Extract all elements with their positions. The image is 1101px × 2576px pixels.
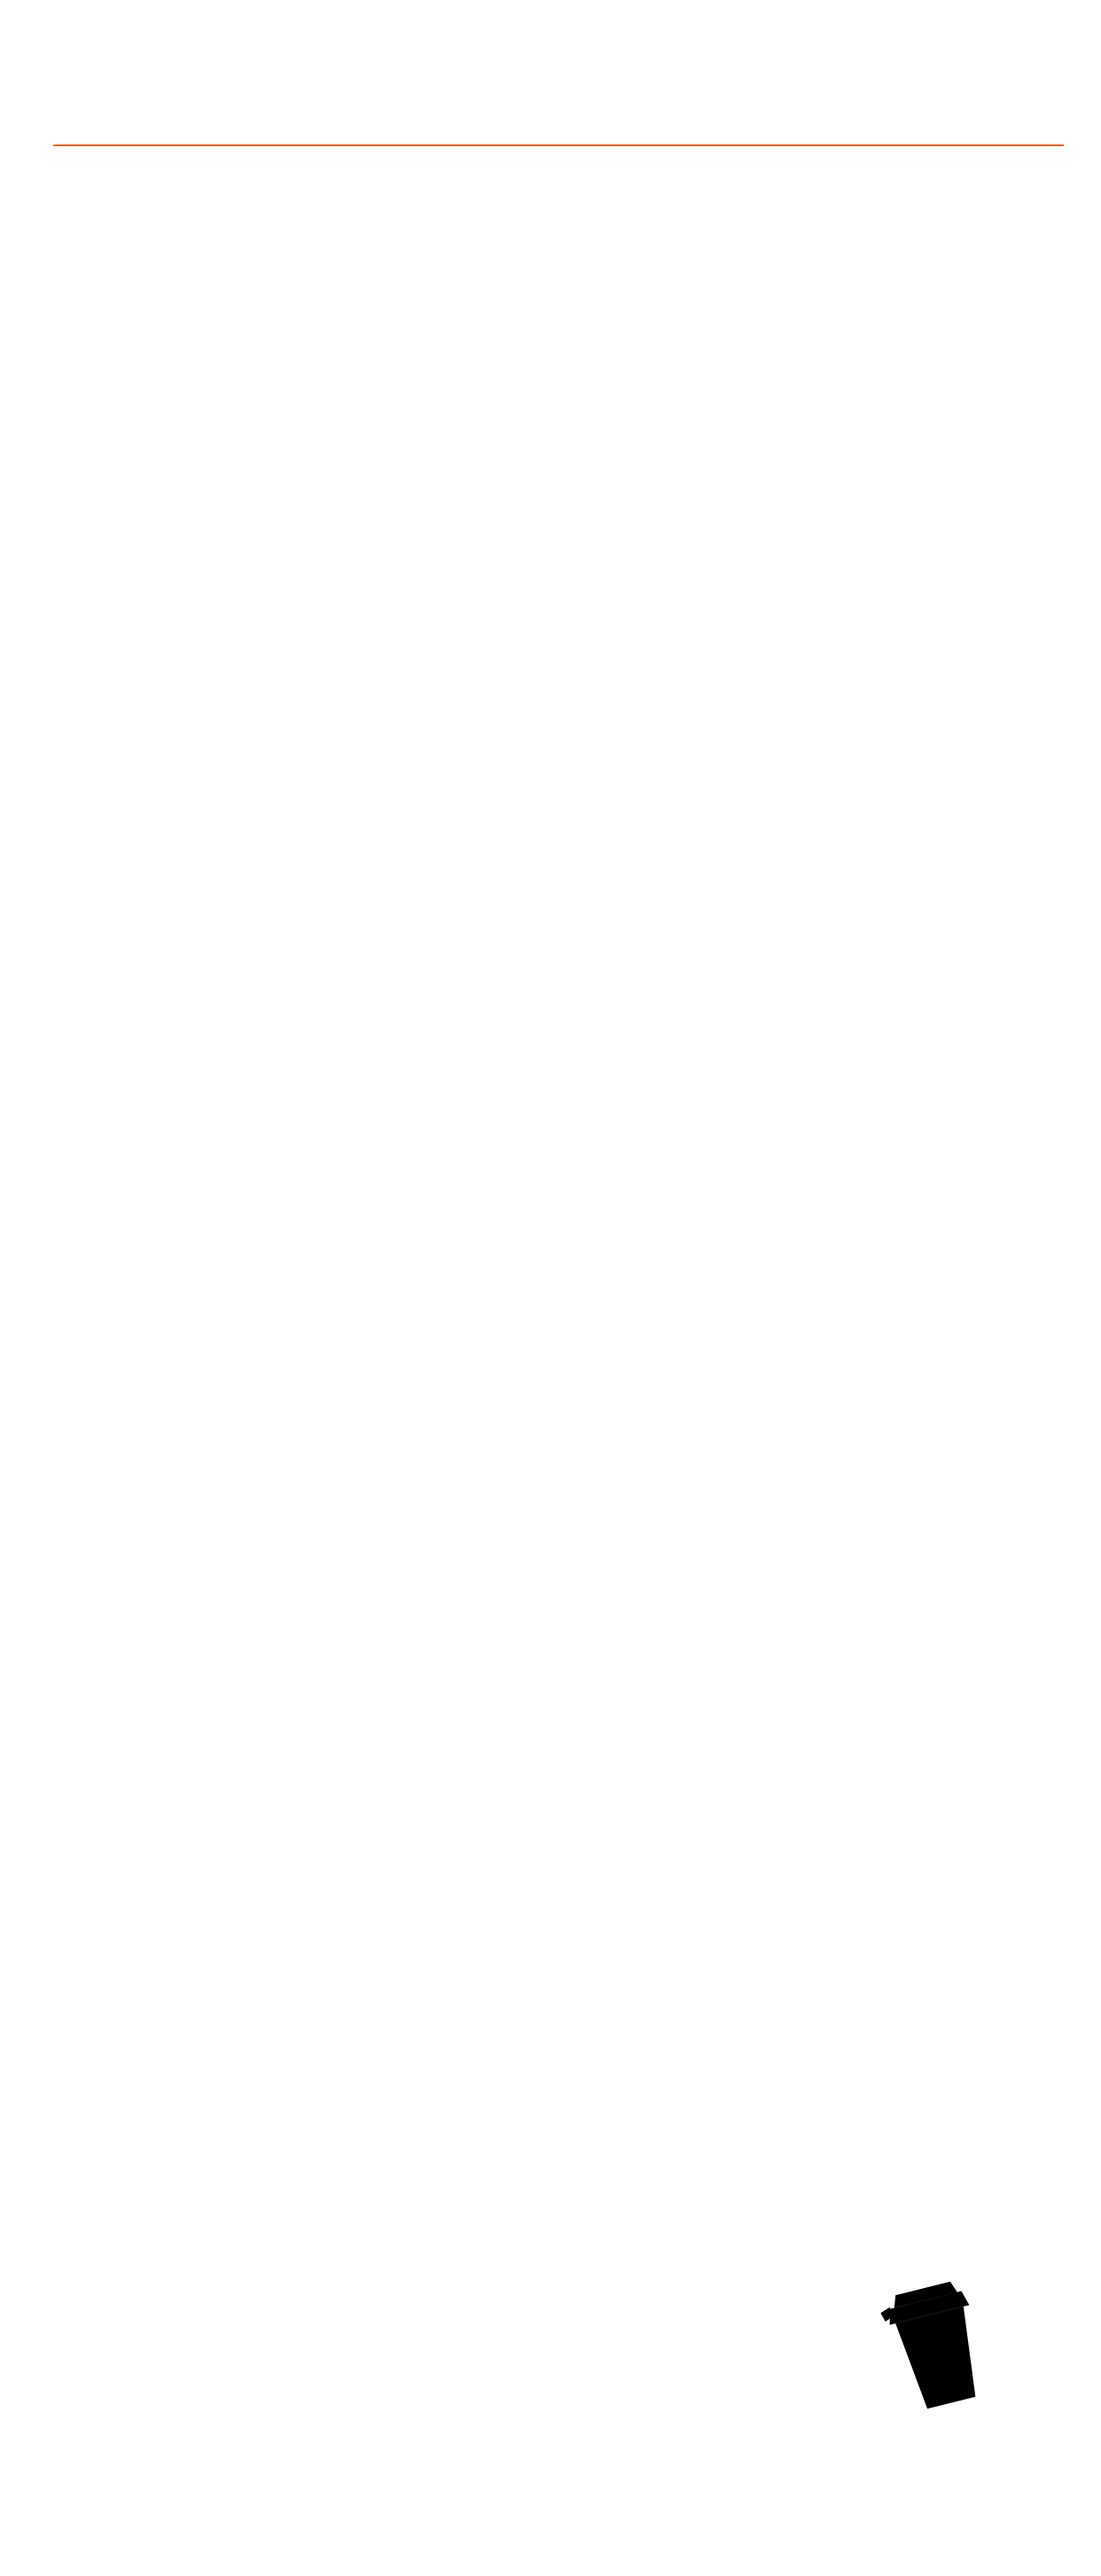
drink-cup-stamp-icon bbox=[840, 2249, 1028, 2437]
letter-body bbox=[0, 94, 1101, 197]
letter-page bbox=[0, 0, 1101, 2576]
section-divider bbox=[53, 94, 1048, 197]
audio-waveform-icon bbox=[566, 94, 920, 197]
